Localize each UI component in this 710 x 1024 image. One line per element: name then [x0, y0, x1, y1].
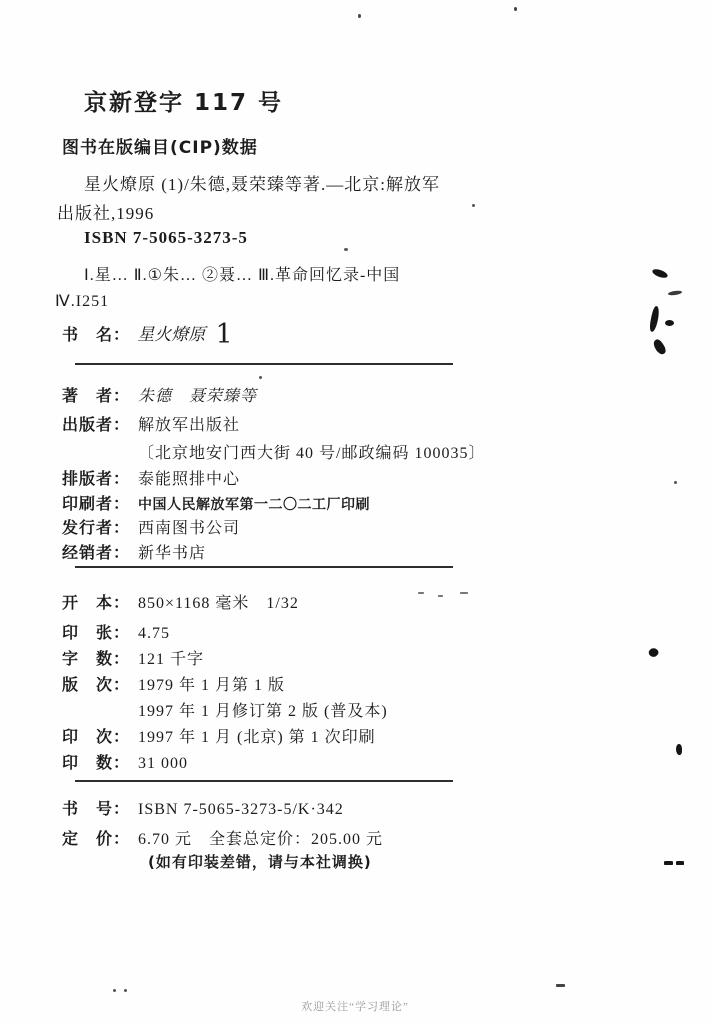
price-row: 定 价： 6.70 元 全套总定价：205.00 元 [62, 826, 383, 849]
impression-row: 印 次： 1997 年 1 月 (北京) 第 1 次印刷 [62, 724, 376, 747]
ink-dash [664, 861, 673, 865]
divider-rule-top [75, 363, 453, 365]
ink-smudge [648, 306, 660, 333]
author-value: 朱德 聂荣臻等 [138, 388, 257, 405]
isbn-number: ISBN 7-5065-3273-5 [84, 228, 248, 248]
edition-row: 版 次： 1979 年 1 月第 1 版 [62, 672, 285, 695]
printer-value: 中国人民解放军第一二〇二工厂印刷 [138, 497, 370, 513]
ink-dash [418, 592, 424, 594]
booknumber-row: 书 号： ISBN 7-5065-3273-5/K·342 [62, 796, 344, 819]
publisher-row: 出版者： 解放军出版社 [62, 412, 240, 435]
divider-rule-middle [75, 566, 453, 568]
publisher-address: 〔北京地安门西大街 40 号/邮政编码 100035〕 [138, 445, 485, 462]
ink-dash [556, 984, 565, 987]
impression-label: 印 次： [62, 724, 133, 747]
author-row: 著 者： 朱德 聂荣臻等 [62, 383, 257, 406]
cip-header: 图书在版编目(CIP)数据 [62, 133, 258, 158]
printrun-row: 印 数： 31 000 [62, 750, 188, 773]
distributor-label: 发行者： [62, 515, 133, 538]
edition-value-line2: 1997 年 1 月修订第 2 版 (普及本) [138, 703, 388, 720]
format-value: 850×1168 毫米 1/32 [138, 595, 299, 612]
booknumber-label: 书 号： [62, 796, 133, 819]
distributor-row: 发行者： 西南图书公司 [62, 515, 240, 538]
printrun-label: 印 数： [62, 750, 133, 773]
ink-speck [344, 248, 348, 251]
book-name-row: 书 名： 星火燎原 1 [62, 320, 233, 348]
edition-row-line2: 1997 年 1 月修订第 2 版 (普及本) [62, 698, 388, 721]
printrun-value: 31 000 [138, 755, 188, 772]
typesetter-value: 泰能照排中心 [138, 471, 240, 488]
ink-smudge [668, 290, 682, 296]
ink-dash [460, 592, 468, 594]
book-name-label: 书 名： [62, 322, 133, 345]
author-label: 著 者： [62, 383, 133, 406]
ink-speck [514, 7, 517, 11]
format-label: 开 本： [62, 590, 133, 613]
cip-classification-line1: Ⅰ.星… Ⅱ.①朱… ②聂… Ⅲ.革命回忆录-中国 [84, 262, 400, 285]
divider-rule-bottom [75, 780, 453, 782]
edition-label: 版 次： [62, 672, 133, 695]
ink-speck [674, 481, 677, 484]
wordcount-row: 字 数： 121 千字 [62, 646, 204, 669]
ink-smudge [651, 338, 668, 356]
cip-entry-line2: 出版社,1996 [57, 199, 154, 224]
wordcount-value: 121 千字 [138, 651, 204, 668]
sheets-row: 印 张： 4.75 [62, 620, 170, 643]
printer-row: 印刷者： 中国人民解放军第一二〇二工厂印刷 [62, 491, 370, 514]
ink-speck [113, 989, 116, 992]
ink-smudge [647, 646, 660, 659]
book-name-value: 星火燎原 [137, 325, 205, 344]
cip-classification-line2: Ⅳ.I251 [55, 291, 109, 311]
ink-speck [358, 14, 361, 18]
cip-entry-line1: 星火燎原 (1)/朱德,聂荣臻等著.—北京:解放军 [84, 170, 440, 195]
impression-value: 1997 年 1 月 (北京) 第 1 次印刷 [138, 729, 376, 746]
typesetter-label: 排版者： [62, 466, 133, 489]
price-label: 定 价： [62, 826, 133, 849]
ink-speck [259, 376, 262, 379]
ink-smudge [651, 267, 668, 279]
publisher-address-row: 〔北京地安门西大街 40 号/邮政编码 100035〕 [62, 440, 485, 463]
sheets-value: 4.75 [138, 625, 170, 642]
distributor-value: 西南图书公司 [138, 520, 240, 537]
edition-value-line1: 1979 年 1 月第 1 版 [138, 677, 285, 694]
publisher-value: 解放军出版社 [138, 417, 240, 434]
price-value: 6.70 元 全套总定价：205.00 元 [138, 831, 383, 848]
book-colophon-page: 京新登字 117 号 图书在版编目(CIP)数据 星火燎原 (1)/朱德,聂荣臻… [0, 0, 710, 1024]
exchange-note: (如有印装差错，请与本社调换) [148, 851, 372, 872]
printer-label: 印刷者： [62, 491, 133, 514]
booknumber-value: ISBN 7-5065-3273-5/K·342 [138, 801, 344, 818]
seller-label: 经销者： [62, 540, 133, 563]
ink-dash [438, 595, 443, 597]
ink-speck [124, 989, 127, 992]
sheets-label: 印 张： [62, 620, 133, 643]
format-row: 开 本： 850×1168 毫米 1/32 [62, 590, 299, 613]
seller-value: 新华书店 [138, 545, 206, 562]
publisher-label: 出版者： [62, 412, 133, 435]
book-volume-number: 1 [216, 319, 233, 350]
ink-speck [472, 204, 475, 207]
ink-dash [676, 861, 684, 865]
seller-row: 经销者： 新华书店 [62, 540, 206, 563]
footer-watermark: 欢迎关注“学习理论” [0, 998, 710, 1014]
ink-smudge [665, 320, 674, 326]
wordcount-label: 字 数： [62, 646, 133, 669]
ink-smudge [676, 744, 682, 755]
registration-number: 京新登字 117 号 [84, 84, 283, 117]
typesetter-row: 排版者： 泰能照排中心 [62, 466, 240, 489]
